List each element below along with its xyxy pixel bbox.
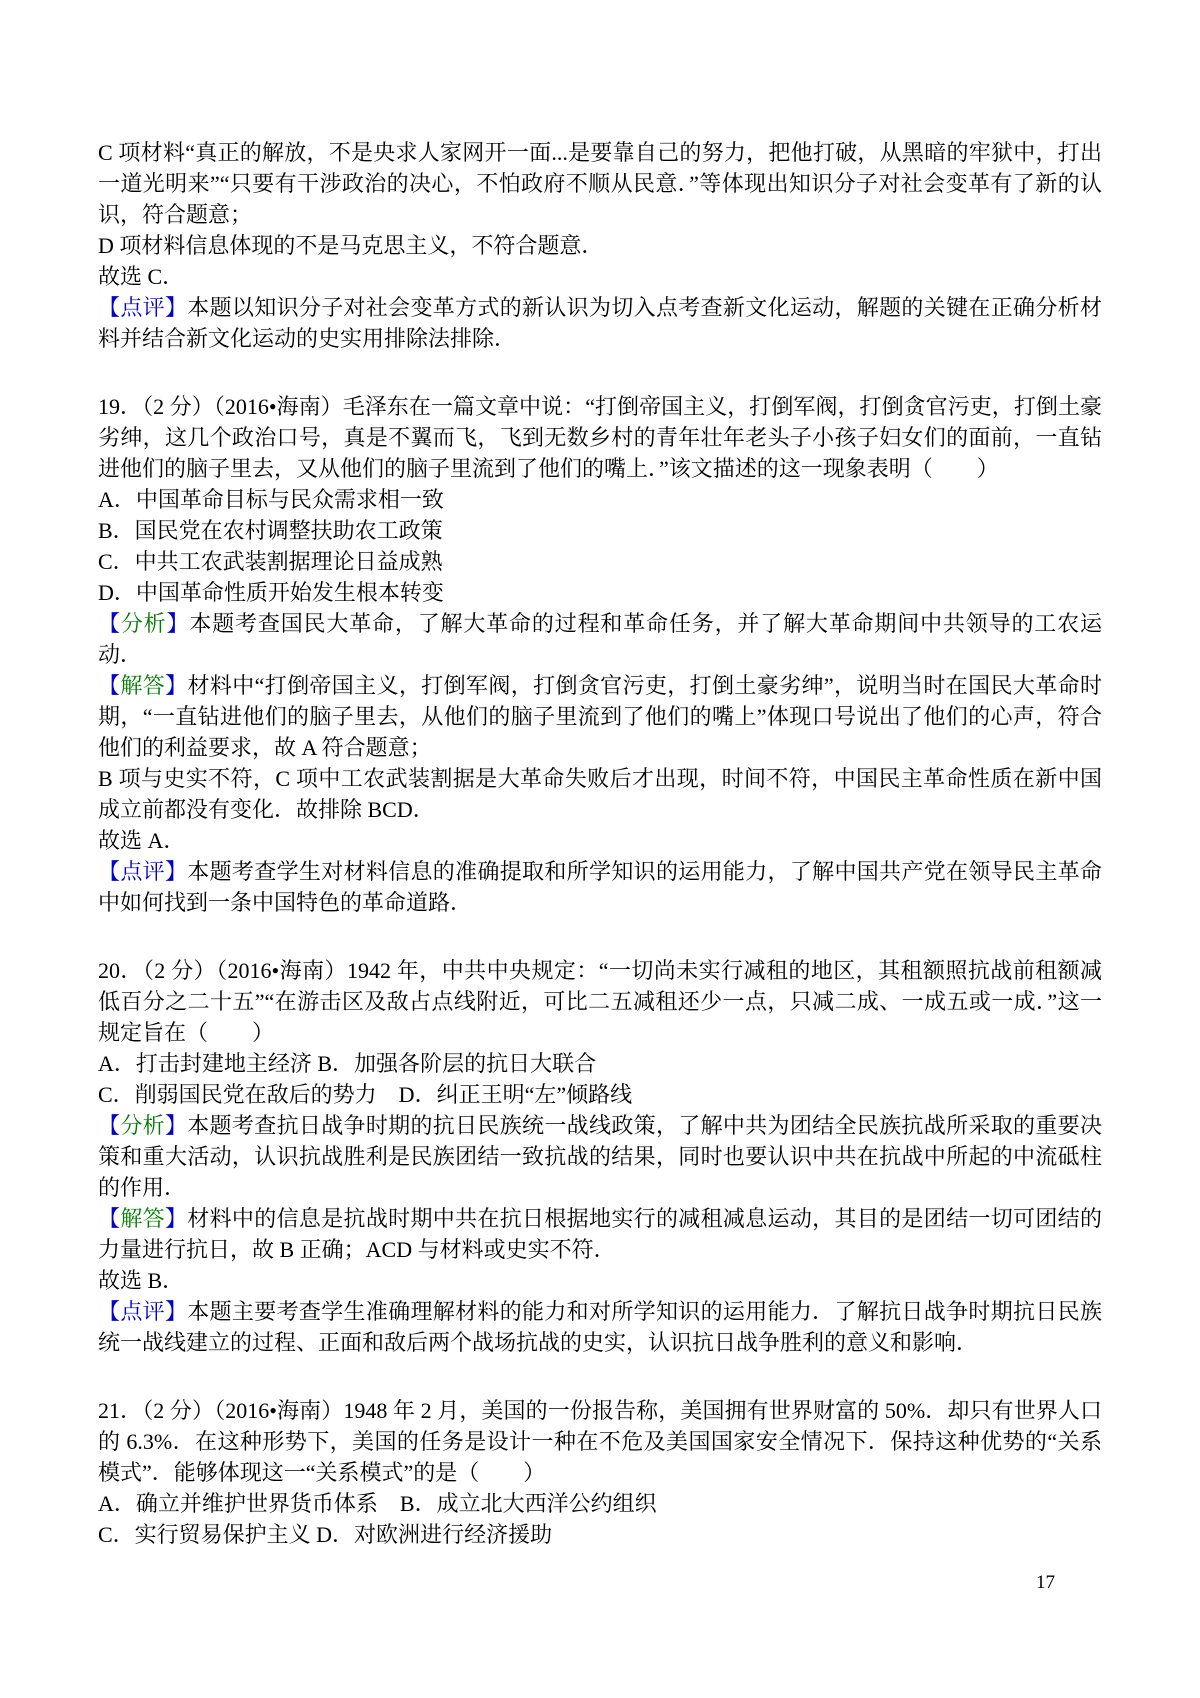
document-content: C 项材料“真正的解放，不是央求人家网开一面...是要靠自己的努力，把他打破，从…	[98, 137, 1102, 1550]
page-number: 17	[1036, 1572, 1055, 1594]
paragraph-text: 本题以知识分子对社会变革方式的新认识为切入点考查新文化运动，解题的关键在正确分析…	[98, 295, 1102, 351]
answer-paragraph: 【解答】材料中“打倒帝国主义，打倒军阀，打倒贪官污吏，打倒土豪劣绅”，说明当时在…	[98, 670, 1102, 763]
tag-bracket-close: 】	[165, 295, 187, 320]
question-21: 21．（2 分）（2016•海南）1948 年 2 月，美国的一份报告称，美国拥…	[98, 1395, 1102, 1550]
tag-bracket-open: 【	[98, 859, 120, 884]
question-stem: 19．（2 分）（2016•海南）毛泽东在一篇文章中说：“打倒帝国主义，打倒军阀…	[98, 391, 1102, 484]
paragraph-text: 本题考查抗日战争时期的抗日民族统一战线政策，了解中共为团结全民族抗战所采取的重要…	[98, 1113, 1102, 1200]
tag-bracket-close: 】	[165, 1113, 187, 1138]
question-stem: 20．（2 分）（2016•海南）1942 年，中共中央规定：“一切尚未实行减租…	[98, 955, 1102, 1048]
option-c: C．中共工农武装割据理论日益成熟	[98, 546, 1102, 577]
paragraph-text: 本题考查国民大革命，了解大革命的过程和革命任务，并了解大革命期间中共领导的工农运…	[98, 611, 1102, 667]
tag-bracket-close: 】	[165, 859, 187, 884]
tag-bracket-close: 】	[165, 1206, 187, 1231]
tag-bracket-close: 】	[167, 611, 190, 636]
question-19: 19．（2 分）（2016•海南）毛泽东在一篇文章中说：“打倒帝国主义，打倒军阀…	[98, 391, 1102, 918]
option-b: B．国民党在农村调整扶助农工政策	[98, 515, 1102, 546]
tag-label: 解答	[120, 673, 165, 698]
tag-label: 分析	[120, 1113, 165, 1138]
option-d: D．中国革命性质开始发生根本转变	[98, 577, 1102, 608]
answer-option-analysis-c: C 项材料“真正的解放，不是央求人家网开一面...是要靠自己的努力，把他打破，从…	[98, 137, 1102, 230]
answer-conclusion: 故选 C．	[98, 261, 1102, 292]
answer-option-analysis-d: D 项材料信息体现的不是马克思主义，不符合题意．	[98, 230, 1102, 261]
tag-label: 点评	[120, 1299, 165, 1324]
analysis-paragraph: 【分析】本题考查抗日战争时期的抗日民族统一战线政策，了解中共为团结全民族抗战所采…	[98, 1110, 1102, 1203]
answer-conclusion: 故选 A．	[98, 825, 1102, 856]
question-18-answer-continuation: C 项材料“真正的解放，不是央求人家网开一面...是要靠自己的努力，把他打破，从…	[98, 137, 1102, 354]
tag-bracket-close: 】	[165, 1299, 187, 1324]
paragraph-text: 本题考查学生对材料信息的准确提取和所学知识的运用能力，了解中国共产党在领导民主革…	[98, 859, 1102, 915]
tag-label: 点评	[120, 295, 165, 320]
answer-option-analysis-bcd: B 项与史实不符，C 项中工农武装割据是大革命失败后才出现，时间不符，中国民主革…	[98, 763, 1102, 825]
analysis-paragraph: 【分析】本题考查国民大革命，了解大革命的过程和革命任务，并了解大革命期间中共领导…	[98, 608, 1102, 670]
comment-paragraph: 【点评】本题以知识分子对社会变革方式的新认识为切入点考查新文化运动，解题的关键在…	[98, 292, 1102, 354]
tag-bracket-open: 【	[98, 673, 120, 698]
tag-bracket-open: 【	[98, 1299, 120, 1324]
option-line-cd: C．实行贸易保护主义 D．对欧洲进行经济援助	[98, 1519, 1102, 1550]
tag-bracket-close: 】	[165, 673, 187, 698]
paragraph-text: 本题主要考查学生准确理解材料的能力和对所学知识的运用能力．了解抗日战争时期抗日民…	[98, 1299, 1102, 1355]
tag-label: 点评	[120, 859, 165, 884]
comment-paragraph: 【点评】本题考查学生对材料信息的准确提取和所学知识的运用能力，了解中国共产党在领…	[98, 856, 1102, 918]
paragraph-text: 材料中“打倒帝国主义，打倒军阀，打倒贪官污吏，打倒土豪劣绅”，说明当时在国民大革…	[98, 673, 1102, 760]
option-line-cd: C．削弱国民党在敌后的势力 D．纠正王明“左”倾路线	[98, 1079, 1102, 1110]
option-line-ab: A．打击封建地主经济 B．加强各阶层的抗日大联合	[98, 1048, 1102, 1079]
tag-bracket-open: 【	[98, 611, 121, 636]
option-line-ab: A．确立并维护世界货币体系 B．成立北大西洋公约组织	[98, 1488, 1102, 1519]
paragraph-text: 材料中的信息是抗战时期中共在抗日根据地实行的减租减息运动，其目的是团结一切可团结…	[98, 1206, 1102, 1262]
tag-bracket-open: 【	[98, 295, 120, 320]
comment-paragraph: 【点评】本题主要考查学生准确理解材料的能力和对所学知识的运用能力．了解抗日战争时…	[98, 1296, 1102, 1358]
answer-paragraph: 【解答】材料中的信息是抗战时期中共在抗日根据地实行的减租减息运动，其目的是团结一…	[98, 1203, 1102, 1265]
question-stem: 21．（2 分）（2016•海南）1948 年 2 月，美国的一份报告称，美国拥…	[98, 1395, 1102, 1488]
answer-conclusion: 故选 B．	[98, 1265, 1102, 1296]
question-20: 20．（2 分）（2016•海南）1942 年，中共中央规定：“一切尚未实行减租…	[98, 955, 1102, 1358]
tag-label: 解答	[120, 1206, 165, 1231]
option-a: A．中国革命目标与民众需求相一致	[98, 484, 1102, 515]
tag-bracket-open: 【	[98, 1206, 120, 1231]
tag-bracket-open: 【	[98, 1113, 120, 1138]
tag-label: 分析	[121, 611, 167, 636]
